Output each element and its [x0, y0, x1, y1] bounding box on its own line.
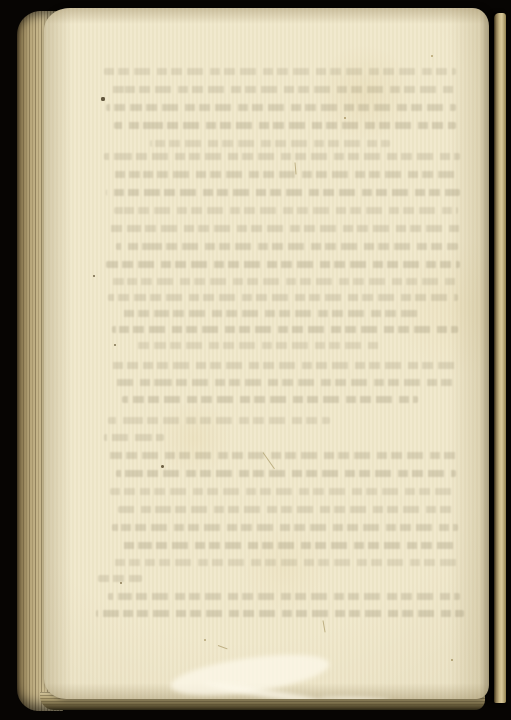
ghost-text-line [104, 434, 164, 441]
ghost-text-line [106, 104, 456, 111]
ghost-text-line [116, 470, 456, 477]
paper-speck [101, 97, 104, 100]
ghost-text-line [108, 225, 460, 232]
ghost-text-line [114, 207, 458, 214]
ghost-text-line [122, 396, 418, 403]
paper-speck [120, 582, 122, 584]
ghost-text-line [118, 506, 456, 513]
ghost-text-line [112, 278, 458, 285]
paper-speck [204, 639, 206, 641]
ghost-text-line [150, 140, 390, 147]
blank-book-page [44, 8, 489, 699]
ghost-text-line [108, 294, 458, 301]
bleed-through-text-layer [44, 8, 489, 699]
paper-speck [161, 465, 164, 468]
ghost-text-line [106, 189, 460, 196]
ghost-text-line [110, 488, 458, 495]
ghost-text-line [108, 452, 458, 459]
ghost-text-line [104, 68, 456, 75]
crease-mark [320, 696, 390, 699]
ghost-text-line [110, 362, 458, 369]
ghost-text-line [96, 610, 464, 617]
paper-fiber [218, 645, 228, 649]
book-scan-photo [0, 0, 511, 720]
ghost-text-line [112, 86, 456, 93]
ghost-text-line [114, 122, 456, 129]
ghost-text-line [120, 542, 456, 549]
adjacent-page-edge [494, 13, 506, 703]
paper-speck [451, 659, 453, 661]
ghost-text-line [110, 559, 458, 566]
paper-fiber [323, 620, 326, 632]
paper-speck [344, 117, 346, 119]
ghost-text-line [108, 417, 330, 424]
ghost-text-line [116, 379, 456, 386]
ghost-text-line [98, 575, 142, 582]
paper-fiber [295, 162, 297, 174]
paper-speck [431, 55, 434, 58]
ghost-text-line [112, 524, 458, 531]
ghost-text-line [118, 310, 418, 317]
ghost-text-line [136, 342, 380, 349]
ghost-text-line [106, 261, 460, 268]
ghost-text-line [104, 153, 460, 160]
ghost-text-line [112, 171, 458, 178]
ghost-text-line [108, 593, 460, 600]
ghost-text-line [116, 243, 458, 250]
paper-speck [114, 344, 117, 347]
ghost-text-line [112, 326, 458, 333]
paper-speck [93, 275, 95, 277]
